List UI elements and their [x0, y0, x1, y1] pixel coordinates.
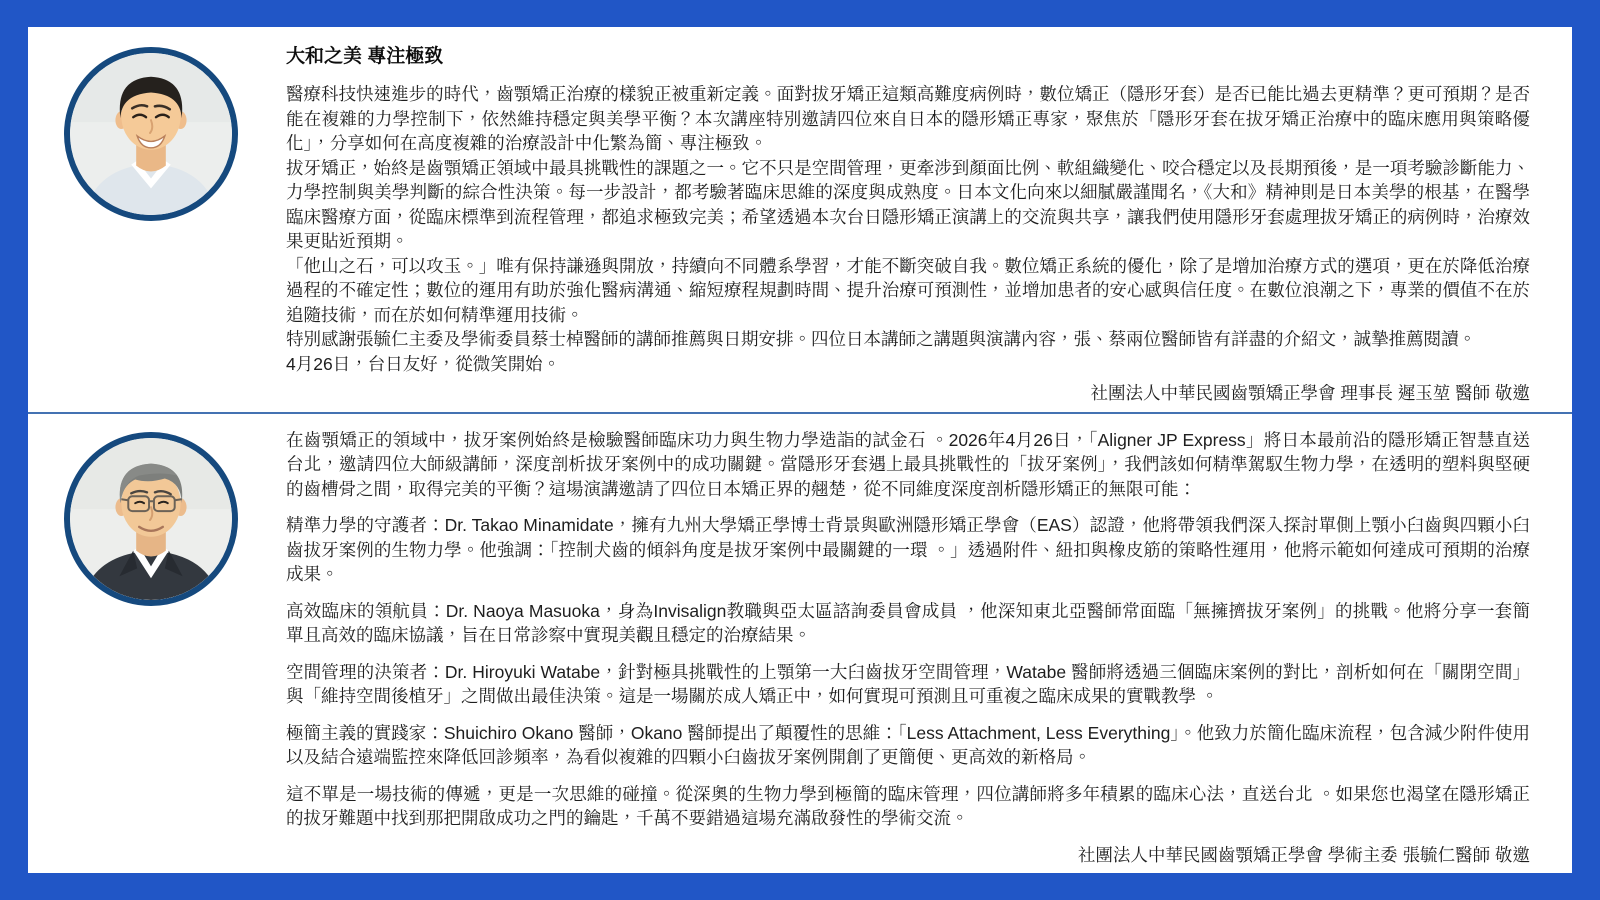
- president-signature: 社團法人中華民國齒顎矯正學會 理事長 遲玉堃 醫師 敬邀: [286, 381, 1530, 406]
- page-background: 大和之美 專注極致 醫療科技快速進步的時代，齒顎矯正治療的樣貌正被重新定義。面對…: [0, 0, 1600, 900]
- president-portrait-photo: [64, 47, 238, 221]
- president-paragraph-2: 拔牙矯正，始終是齒顎矯正領域中最具挑戰性的課題之一。它不只是空間管理，更牽涉到顏…: [286, 156, 1530, 254]
- section-academic-message: 在齒顎矯正的領域中，拔牙案例始終是檢驗醫師臨床功力與生物力學造詣的試金石 。20…: [28, 414, 1572, 874]
- man-smiling-portrait-icon: [70, 53, 232, 215]
- president-paragraph-1: 醫療科技快速進步的時代，齒顎矯正治療的樣貌正被重新定義。面對拔牙矯正這類高難度病…: [286, 82, 1530, 156]
- president-photo-column: [64, 43, 286, 406]
- section-president-message: 大和之美 專注極致 醫療科技快速進步的時代，齒顎矯正治療的樣貌正被重新定義。面對…: [28, 27, 1572, 412]
- academic-paragraph-5: 極簡主義的實踐家：Shuichiro Okano 醫師，Okano 醫師提出了顛…: [286, 721, 1530, 770]
- document-title: 大和之美 專注極致: [286, 45, 1530, 69]
- academic-chair-portrait-photo: [64, 432, 238, 606]
- academic-paragraph-3: 高效臨床的領航員：Dr. Naoya Masuoka，身為Invisalign教…: [286, 599, 1530, 648]
- academic-paragraph-4: 空間管理的決策者：Dr. Hiroyuki Watabe，針對極具挑戰性的上顎第…: [286, 660, 1530, 709]
- academic-paragraph-6: 這不單是一場技術的傳遞，更是一次思維的碰撞。從深奧的生物力學到極簡的臨床管理，四…: [286, 782, 1530, 831]
- president-paragraph-3: 「他山之石，可以攻玉。」唯有保持謙遜與開放，持續向不同體系學習，才能不斷突破自我…: [286, 254, 1530, 328]
- document-sheet: 大和之美 專注極致 醫療科技快速進步的時代，齒顎矯正治療的樣貌正被重新定義。面對…: [28, 27, 1572, 873]
- academic-photo-column: [64, 428, 286, 872]
- president-text-column: 大和之美 專注極致 醫療科技快速進步的時代，齒顎矯正治療的樣貌正被重新定義。面對…: [286, 43, 1530, 406]
- president-paragraph-5: 4月26日，台日友好，從微笑開始。: [286, 352, 1530, 377]
- president-paragraph-4: 特別感謝張毓仁主委及學術委員蔡士棹醫師的講師推薦與日期安排。四位日本講師之講題與…: [286, 327, 1530, 352]
- academic-paragraph-2: 精準力學的守護者：Dr. Takao Minamidate，擁有九州大學矯正學博…: [286, 513, 1530, 587]
- academic-signature: 社團法人中華民國齒顎矯正學會 學術主委 張毓仁醫師 敬邀: [286, 843, 1530, 872]
- academic-text-column: 在齒顎矯正的領域中，拔牙案例始終是檢驗醫師臨床功力與生物力學造詣的試金石 。20…: [286, 428, 1530, 872]
- man-glasses-portrait-icon: [70, 438, 232, 600]
- academic-paragraph-1: 在齒顎矯正的領域中，拔牙案例始終是檢驗醫師臨床功力與生物力學造詣的試金石 。20…: [286, 428, 1530, 502]
